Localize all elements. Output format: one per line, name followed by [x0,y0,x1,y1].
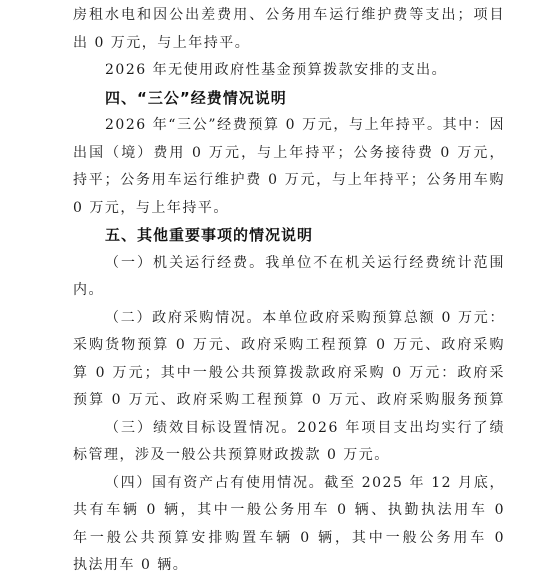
document-line: 执法用车 0 辆。 [73,552,505,580]
document-line: 年一般公共预算安排购置车辆 0 辆，其中一般公务用车 0 辆、执勤 [73,525,505,553]
document-line: （四）国有资产占有使用情况。截至 2025 年 12 月底，本单位 [73,470,505,498]
document-line: （三）绩效目标设置情况。2026 年项目支出均实行了绩效目 [73,415,505,443]
document-line: 采购货物预算 0 万元、政府采购工程预算 0 万元、政府采购服务预 [73,332,505,360]
document-body: 房租水电和因公出差费用、公务用车运行维护费等支出；项目支出 0 万元，与上年持平… [73,2,505,580]
document-line: 房租水电和因公出差费用、公务用车运行维护费等支出；项目支 [73,2,505,30]
section-heading: 五、其他重要事项的情况说明 [73,222,505,250]
document-line: 2026 年无使用政府性基金预算拨款安排的支出。 [73,57,505,85]
document-page: 房租水电和因公出差费用、公务用车运行维护费等支出；项目支出 0 万元，与上年持平… [0,0,553,582]
document-line: 出国（境）费用 0 万元，与上年持平；公务接待费 0 万元，与上年 [73,140,505,168]
document-line: 持平；公务用车运行维护费 0 万元，与上年持平；公务用车购置费 [73,167,505,195]
document-line: 出 0 万元，与上年持平。 [73,30,505,58]
document-line: 预算 0 万元、政府采购工程预算 0 万元、政府采购服务预算 0 万元。 [73,387,505,415]
document-line: 共有车辆 0 辆，其中一般公务用车 0 辆、执勤执法用车 0 辆。2026 [73,497,505,525]
section-heading: 四、“三公”经费情况说明 [73,85,505,113]
document-line: （二）政府采购情况。本单位政府采购预算总额 0 万元：政府 [73,305,505,333]
document-line: 内。 [73,277,505,305]
document-line: 0 万元，与上年持平。 [73,195,505,223]
document-line: （一）机关运行经费。我单位不在机关运行经费统计范围之 [73,250,505,278]
document-line: 2026 年“三公”经费预算 0 万元，与上年持平。其中：因公 [73,112,505,140]
document-line: 标管理，涉及一般公共预算财政拨款 0 万元。 [73,442,505,470]
document-line: 算 0 万元；其中一般公共预算拨款政府采购 0 万元：政府采购货物 [73,360,505,388]
